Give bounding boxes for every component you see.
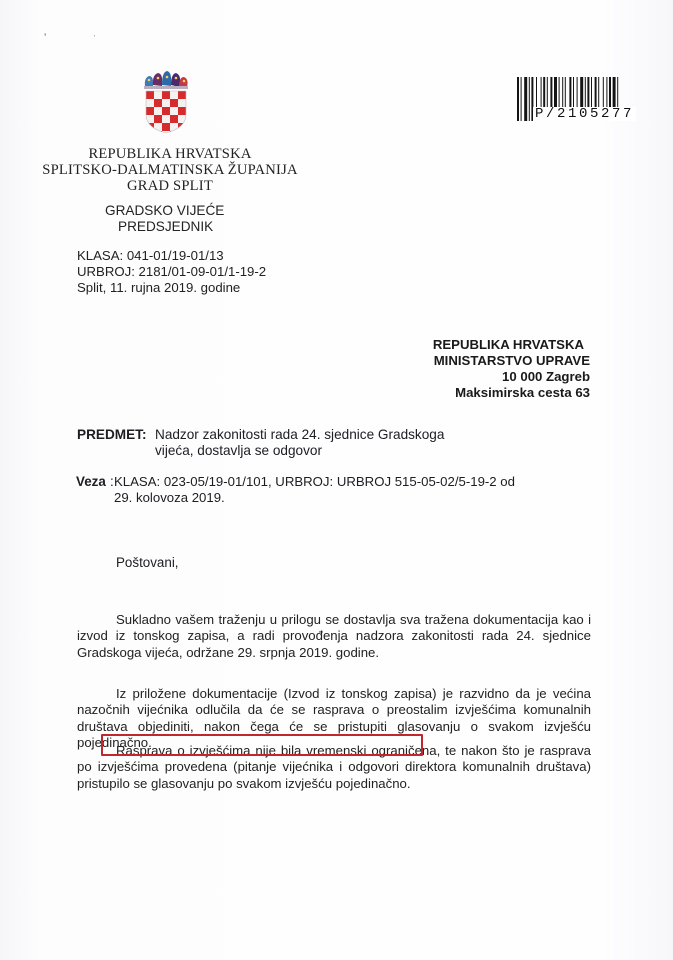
corner-scan-marks: ʼ ˑ xyxy=(44,33,118,44)
sender-city: GRAD SPLIT xyxy=(30,178,310,194)
greeting: Poštovani, xyxy=(116,555,179,570)
sender-republic: REPUBLIKA HRVATSKA xyxy=(30,146,310,162)
highlight-box xyxy=(101,734,423,756)
reference-text: KLASA: 023-05/19-01/101, URBROJ: URBROJ … xyxy=(114,474,534,506)
subject-label: PREDMET: xyxy=(77,427,146,442)
recipient-city: 10 000 Zagreb xyxy=(502,369,590,385)
sender-urbroj: URBROJ: 2181/01-09-01/1-19-2 xyxy=(77,264,266,280)
sender-role: PREDSJEDNIK xyxy=(118,219,213,235)
recipient-ministry: MINISTARSTVO UPRAVE xyxy=(434,353,590,369)
coat-of-arms-icon xyxy=(141,70,191,134)
sender-county: SPLITSKO-DALMATINSKA ŽUPANIJA xyxy=(30,162,310,178)
scanned-letter-page: ʼ ˑ REPUBLIKA HRVATSKA SPLITSKO-DALMATIN… xyxy=(0,0,673,960)
letter-date: Split, 11. rujna 2019. godine xyxy=(77,280,240,296)
sender-council: GRADSKO VIJEĆE xyxy=(105,203,224,219)
recipient-republic: REPUBLIKA HRVATSKA xyxy=(433,337,584,353)
recipient-street: Maksimirska cesta 63 xyxy=(455,385,590,401)
paragraph-1-text: Sukladno vašem traženju u prilogu se dos… xyxy=(77,612,591,660)
reference-label: Veza xyxy=(76,474,106,489)
paragraph-1: Sukladno vašem traženju u prilogu se dos… xyxy=(77,612,591,661)
barcode: P/2105277 xyxy=(515,77,667,121)
subject-text: Nadzor zakonitosti rada 24. sjednice Gra… xyxy=(155,427,485,459)
sender-klasa: KLASA: 041-01/19-01/13 xyxy=(77,248,224,264)
barcode-number: P/2105277 xyxy=(533,107,636,121)
